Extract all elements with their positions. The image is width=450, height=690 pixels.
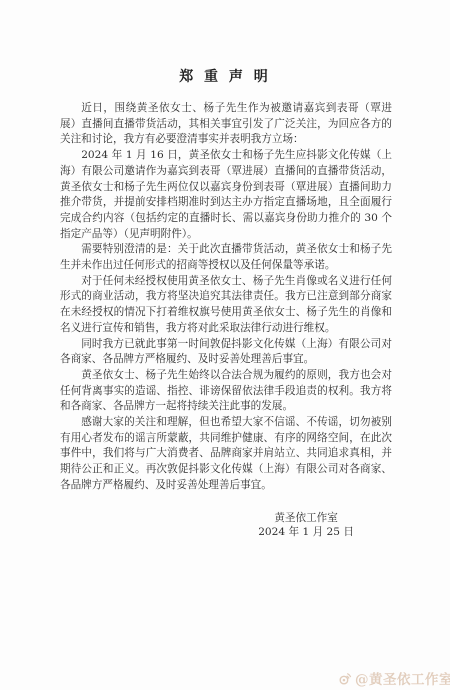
paragraph-urge-company: 同时我方已就此事第一时间敦促抖影文化传媒（上海）有限公司对各商家、各品牌方严格履… — [60, 337, 392, 368]
paragraph-event-facts: 2024 年 1 月 16 日，黄圣依女士和杨子先生应抖影文化传媒（上海）有限公… — [60, 148, 392, 242]
paragraph-legal-warning: 对于任何未经授权使用黄圣依女士、杨子先生肖像或名义进行任何形式的商业活动，我方将… — [60, 274, 392, 337]
signature-block: 黄圣依工作室 2024 年 1 月 25 日 — [258, 511, 354, 540]
statement-document: 郑 重 声 明 近日，围绕黄圣依女士、杨子先生作为被邀请嘉宾到表哥（覃进展）直播… — [0, 0, 450, 690]
paragraph-principles: 黄圣依女士、杨子先生始终以合法合规为履约的原则，我方也会对任何背离事实的造谣、指… — [60, 368, 392, 415]
document-body: 近日，围绕黄圣依女士、杨子先生作为被邀请嘉宾到表哥（覃进展）直播间直播带货活动，… — [60, 101, 392, 494]
paragraph-clarification: 需要特别澄清的是：关于此次直播带货活动，黄圣依女士和杨子先生并未作出过任何形式的… — [60, 242, 392, 273]
signature-name: 黄圣依工作室 — [258, 511, 354, 526]
watermark-text: @黄圣依工作室 — [355, 668, 450, 688]
signature-date: 2024 年 1 月 25 日 — [258, 525, 354, 540]
paragraph-intro: 近日，围绕黄圣依女士、杨子先生作为被邀请嘉宾到表哥（覃进展）直播间直播带货活动，… — [60, 101, 392, 148]
weibo-watermark: @黄圣依工作室 — [338, 668, 450, 688]
paragraph-thanks: 感谢大家的关注和理解，但也希望大家不信谣、不传谣，切勿被别有用心者发布的谣言所蒙… — [60, 415, 392, 494]
document-title: 郑 重 声 明 — [0, 66, 450, 86]
weibo-logo-icon — [338, 671, 353, 686]
